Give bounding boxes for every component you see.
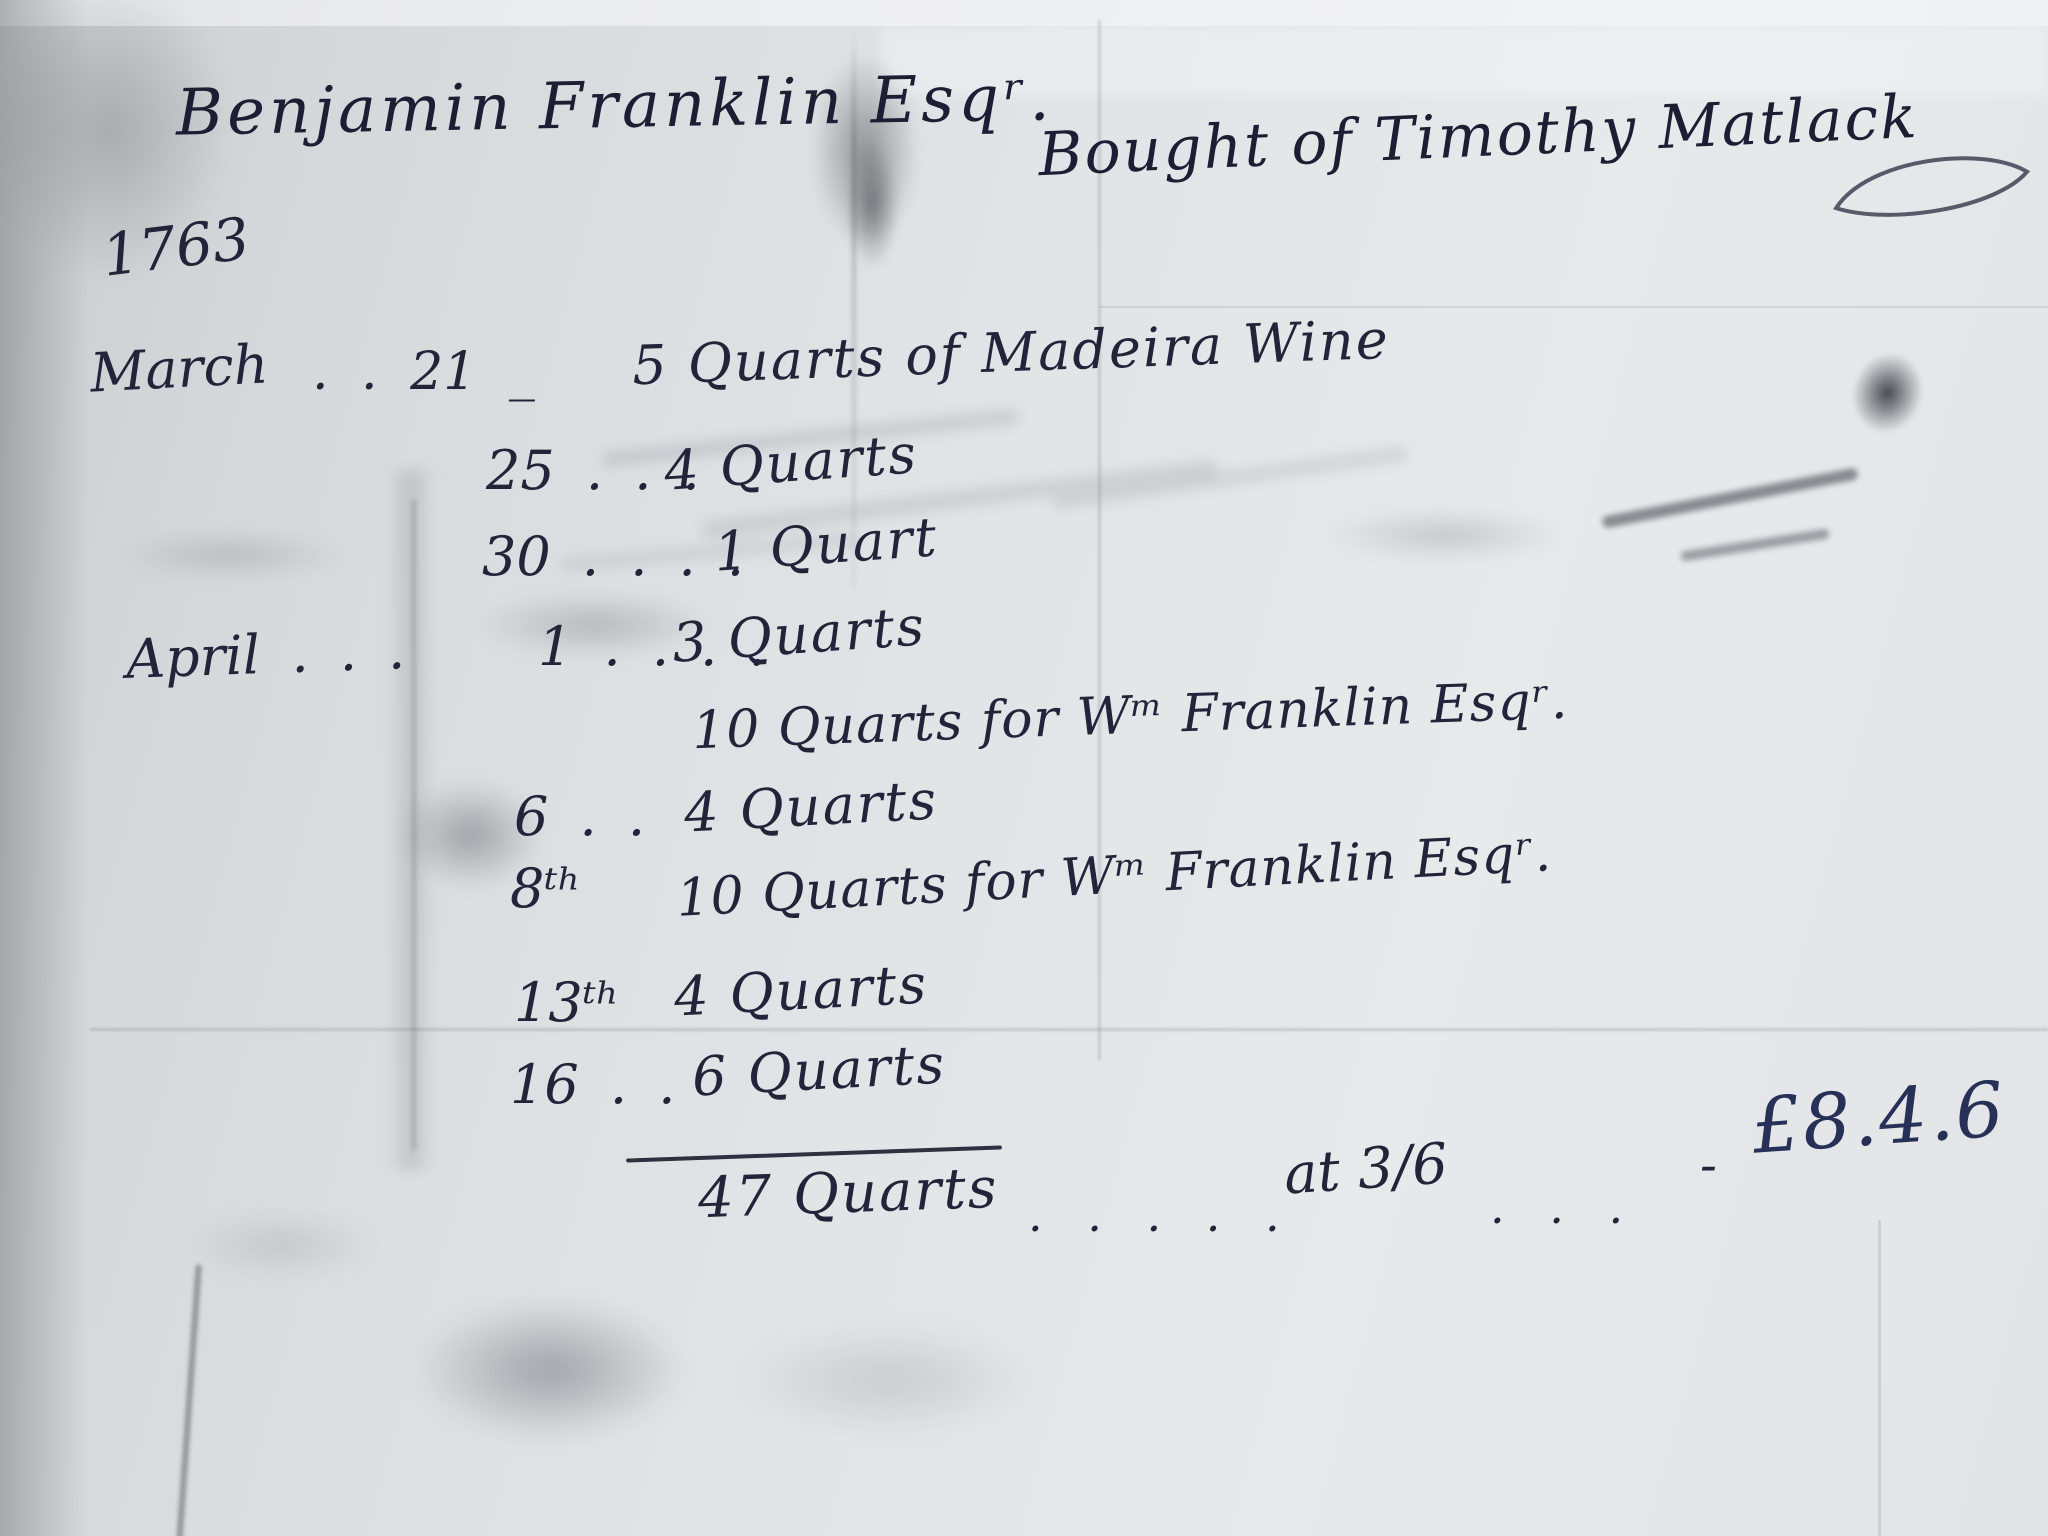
entry-quantity: 5 Quarts of Madeira Wine (631, 313, 1390, 393)
crease-line-bottom-left (176, 1264, 202, 1536)
paper-top-edge (0, 0, 2048, 26)
total-dash: - (1700, 1140, 1717, 1190)
stain-bottom-center-light (680, 1300, 1100, 1460)
entry-day: 16 . . (510, 1058, 675, 1112)
smudge-left-margin (70, 520, 390, 590)
dot-leader: . . . . . (1028, 1192, 1280, 1238)
bleed-through-dark-loop (1825, 326, 1949, 460)
fold-crease-horizontal (90, 1028, 2048, 1031)
bleed-through-faint (1280, 500, 1610, 570)
ink-stain-top-left (0, 0, 280, 340)
receipt-photo: Benjamin Franklin Esqʳ. Bought of Timoth… (0, 0, 2048, 1536)
ink-stain-top-center-dark (836, 120, 908, 290)
dot-leader: . . . (1490, 1184, 1623, 1230)
bleed-through-stroke (1601, 467, 1859, 528)
entry-quantity: 10 Quarts for Wᵐ Franklin Esqʳ. (675, 827, 1553, 925)
entry-quantity: 4 Quarts (662, 427, 919, 499)
entry-day: 8ᵗʰ (510, 862, 581, 916)
entry-quantity: 10 Quarts for Wᵐ Franklin Esqʳ. (691, 675, 1569, 758)
signature-flourish (1827, 139, 2047, 239)
entry-day: 13ᵗʰ (514, 976, 619, 1030)
fold-crease-horizontal-right (1100, 306, 2048, 308)
entry-day: . . 21 _ (312, 346, 535, 398)
entry-quantity: 1 Quart (712, 510, 940, 580)
bleed-through-stroke (1680, 528, 1830, 561)
entry-quantity: 3 Quarts (670, 599, 927, 671)
total-amount: £8.4.6 (1750, 1071, 2008, 1165)
entry-quantity: 6 Quarts (691, 1037, 947, 1104)
entry-day: 30 . . . . (482, 530, 744, 584)
fold-crease-bottom-right (1878, 1220, 1881, 1536)
entry-month: March (89, 337, 270, 400)
seller-line: Bought of Timothy Matlack (1037, 87, 1919, 185)
stain-bottom-left (150, 1200, 410, 1290)
year-label: 1763 (99, 209, 253, 285)
entry-quantity: 4 Quarts (673, 957, 929, 1024)
buyer-name: Benjamin Franklin Esqʳ. (176, 66, 1055, 145)
total-quantity: 47 Quarts (697, 1161, 999, 1227)
entry-quantity: 4 Quarts (683, 773, 939, 840)
entry-month: April . . . (125, 623, 406, 687)
total-rate: at 3/6 (1282, 1136, 1449, 1203)
entry-day: 6 . . (514, 790, 645, 844)
